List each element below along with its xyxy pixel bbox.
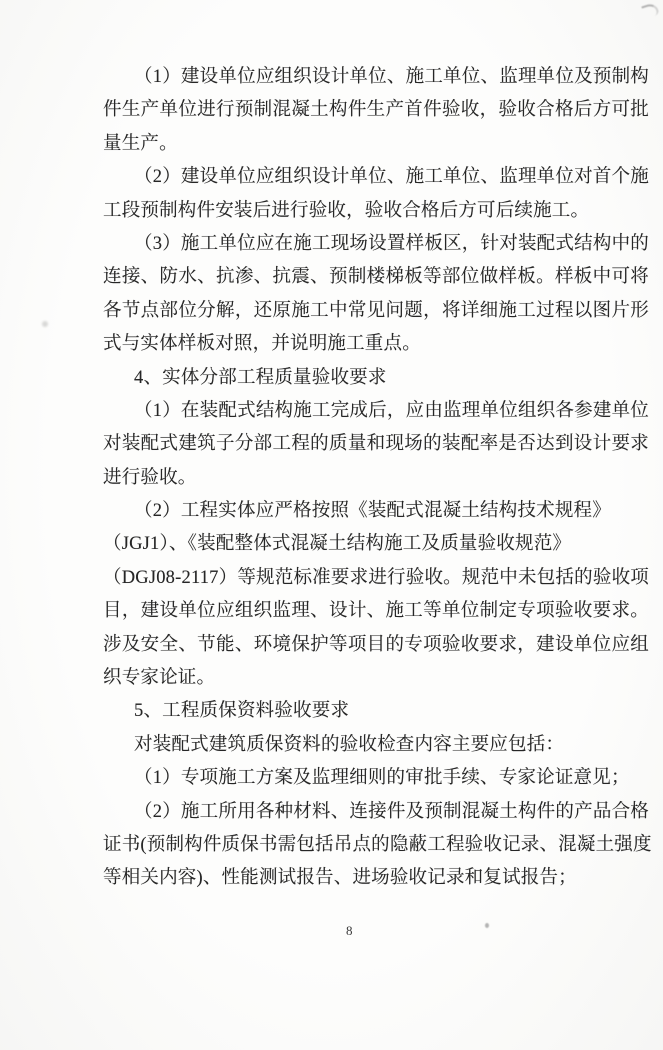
scan-speck-icon bbox=[42, 321, 48, 327]
paragraph-line: 证书(预制构件质保书需包括吊点的隐蔽工程验收记录、混凝土强度 bbox=[103, 829, 649, 862]
paragraph-line: 工段预制构件安装后进行验收，验收合格后方可后续施工。 bbox=[103, 195, 649, 228]
scan-speck-icon bbox=[485, 923, 489, 928]
paragraph-line: 件生产单位进行预制混凝土构件生产首件验收，验收合格后方可批 bbox=[103, 94, 649, 127]
paragraph-line: 连接、防水、抗渗、抗震、预制楼梯板等部位做样板。样板中可将 bbox=[103, 261, 649, 294]
section-heading: 5、工程质保资料验收要求 bbox=[103, 695, 649, 728]
paragraph-line: 织专家论证。 bbox=[103, 662, 649, 695]
paragraph-line: 量生产。 bbox=[103, 128, 649, 161]
paragraph-line: （2）施工所用各种材料、连接件及预制混凝土构件的产品合格 bbox=[103, 796, 649, 829]
paragraph-line: 对装配式建筑质保资料的验收检查内容主要应包括： bbox=[103, 729, 649, 762]
paragraph-line: 进行验收。 bbox=[103, 462, 649, 495]
paragraph-line: （1）专项施工方案及监理细则的审批手续、专家论证意见； bbox=[103, 762, 649, 795]
paragraph-line: （3）施工单位应在施工现场设置样板区，针对装配式结构中的 bbox=[103, 228, 649, 261]
paragraph-line: 等相关内容)、性能测试报告、进场验收记录和复试报告； bbox=[103, 862, 649, 895]
paragraph-line: （2）工程实体应严格按照《装配式混凝土结构技术规程》 bbox=[103, 495, 649, 528]
paragraph-line: （1）建设单位应组织设计单位、施工单位、监理单位及预制构 bbox=[103, 61, 649, 94]
paragraph-line: 式与实体样板对照，并说明施工重点。 bbox=[103, 328, 649, 361]
scanned-document-page: （1）建设单位应组织设计单位、施工单位、监理单位及预制构 件生产单位进行预制混凝… bbox=[0, 0, 663, 1050]
scan-ink-mark-icon bbox=[641, 2, 659, 19]
paragraph-line: （2）建设单位应组织设计单位、施工单位、监理单位对首个施 bbox=[103, 161, 649, 194]
page-number: 8 bbox=[346, 922, 353, 940]
paragraph-line: （DGJ08-2117）等规范标准要求进行验收。规范中未包括的验收项 bbox=[103, 562, 649, 595]
paragraph-line: （1）在装配式结构施工完成后，应由监理单位组织各参建单位 bbox=[103, 395, 649, 428]
paragraph-line: 对装配式建筑子分部工程的质量和现场的装配率是否达到设计要求 bbox=[103, 428, 649, 461]
paragraph-line: 涉及安全、节能、环境保护等项目的专项验收要求，建设单位应组 bbox=[103, 629, 649, 662]
body-text-column: （1）建设单位应组织设计单位、施工单位、监理单位及预制构 件生产单位进行预制混凝… bbox=[103, 61, 649, 896]
paragraph-line: 各节点部位分解，还原施工中常见问题，将详细施工过程以图片形 bbox=[103, 295, 649, 328]
paragraph-line: 目，建设单位应组织监理、设计、施工等单位制定专项验收要求。 bbox=[103, 595, 649, 628]
paragraph-line: （JGJ1）、《装配整体式混凝土结构施工及质量验收规范》 bbox=[103, 528, 649, 561]
section-heading: 4、实体分部工程质量验收要求 bbox=[103, 362, 649, 395]
